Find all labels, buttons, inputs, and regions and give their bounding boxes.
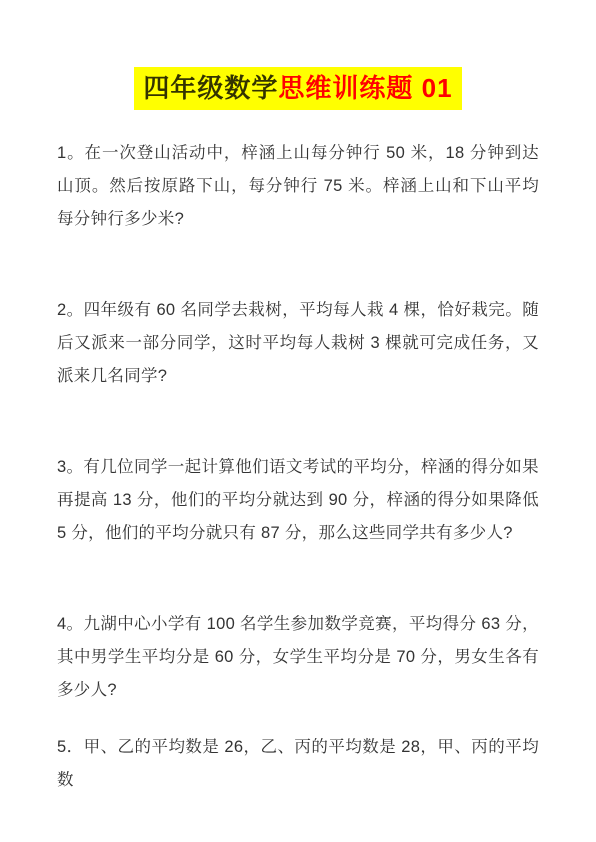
title-grade-subject-label: 四年级数学 [143, 73, 278, 103]
worksheet-page: 四年级数学思维训练题 01 1。在一次登山活动中，梓涵上山每分钟行 50 米，1… [0, 0, 596, 842]
title-topic-number-label: 思维训练题 01 [278, 73, 452, 103]
title-row: 四年级数学思维训练题 01 [0, 67, 596, 110]
question-1: 1。在一次登山活动中，梓涵上山每分钟行 50 米，18 分钟到达山顶。然后按原路… [57, 137, 539, 236]
questions-list: 1。在一次登山活动中，梓涵上山每分钟行 50 米，18 分钟到达山顶。然后按原路… [0, 137, 596, 797]
page-title: 四年级数学思维训练题 01 [134, 67, 461, 110]
question-2: 2。四年级有 60 名同学去栽树，平均每人栽 4 棵，恰好栽完。随后又派来一部分… [57, 294, 539, 393]
question-3: 3。有几位同学一起计算他们语文考试的平均分，梓涵的得分如果再提高 13 分，他们… [57, 451, 539, 550]
question-4: 4。九湖中心小学有 100 名学生参加数学竞赛，平均得分 63 分，其中男学生平… [57, 608, 539, 707]
question-5: 5．甲、乙的平均数是 26，乙、丙的平均数是 28，甲、丙的平均数 [57, 731, 539, 797]
